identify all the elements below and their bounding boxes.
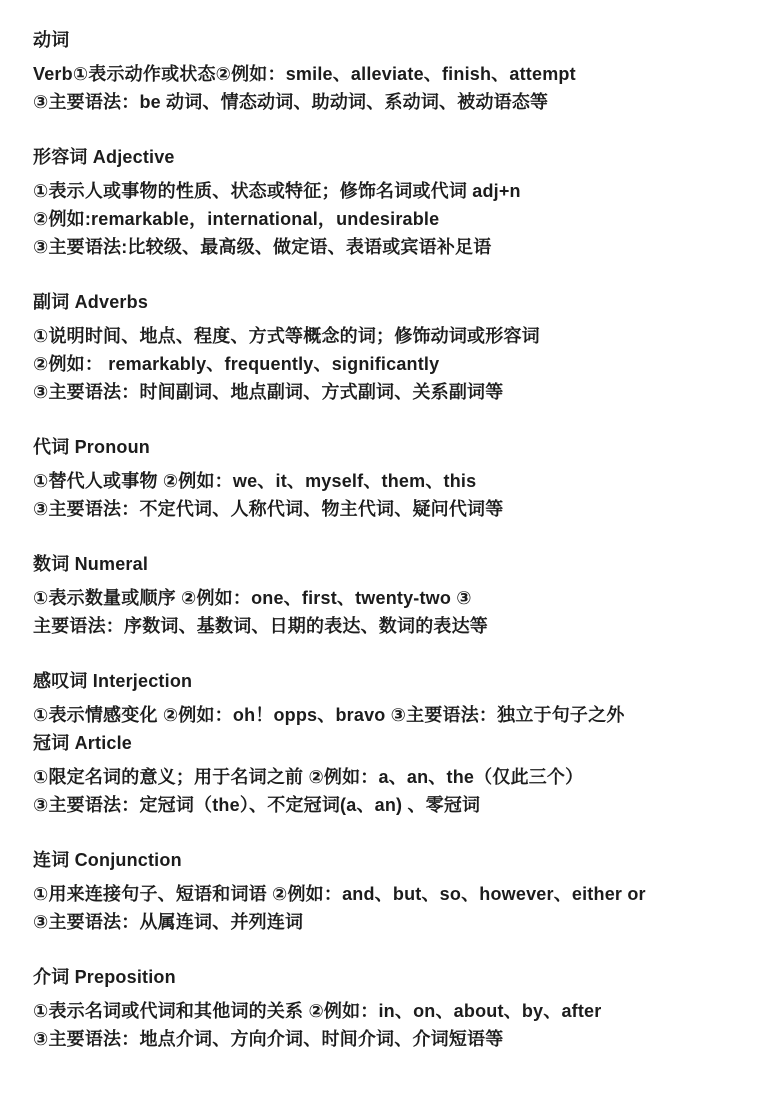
section-conjunction: 连词 Conjunction ①用来连接句子、短语和词语 ②例如：and、but… [33,846,750,936]
section-title: 连词 Conjunction [33,846,750,874]
section-line: ③主要语法：地点介词、方向介词、时间介词、介词短语等 [33,1025,750,1053]
section-line: ①用来连接句子、短语和词语 ②例如：and、but、so、however、eit… [33,880,750,908]
section-line: ③主要语法：不定代词、人称代词、物主代词、疑问代词等 [33,495,750,523]
section-line: ①表示数量或顺序 ②例如：one、first、twenty-two ③ [33,584,750,612]
section-line: ①表示名词或代词和其他词的关系 ②例如：in、on、about、by、after [33,997,750,1025]
section-line: 主要语法：序数词、基数词、日期的表达、数词的表达等 [33,612,750,640]
section-pronoun: 代词 Pronoun ①替代人或事物 ②例如：we、it、myself、them… [33,433,750,523]
section-line: ③主要语法：定冠词（the）、不定冠词(a、an) 、零冠词 [33,791,750,819]
section-title: 介词 Preposition [33,963,750,991]
section-line: ③主要语法：从属连词、并列连词 [33,908,750,936]
section-title: 数词 Numeral [33,550,750,578]
section-line: ①替代人或事物 ②例如：we、it、myself、them、this [33,467,750,495]
section-line: ①表示人或事物的性质、状态或特征；修饰名词或代词 adj+n [33,177,750,205]
section-line: ①说明时间、地点、程度、方式等概念的词；修饰动词或形容词 [33,322,750,350]
section-line: ②例如:remarkable，international，undesirable [33,205,750,233]
section-line: ①表示情感变化 ②例如：oh！opps、bravo ③主要语法：独立于句子之外 [33,701,750,729]
section-line: ③主要语法：时间副词、地点副词、方式副词、关系副词等 [33,378,750,406]
section-title: 代词 Pronoun [33,433,750,461]
section-adverbs: 副词 Adverbs ①说明时间、地点、程度、方式等概念的词；修饰动词或形容词 … [33,288,750,406]
section-article: 冠词 Article ①限定名词的意义；用于名词之前 ②例如：a、an、the（… [33,729,750,819]
document-page: 动词 Verb①表示动作或状态②例如：smile、alleviate、finis… [0,0,780,1102]
section-line: ②例如： remarkably、frequently、significantly [33,350,750,378]
section-verb: 动词 Verb①表示动作或状态②例如：smile、alleviate、finis… [33,26,750,116]
section-title: 副词 Adverbs [33,288,750,316]
section-numeral: 数词 Numeral ①表示数量或顺序 ②例如：one、first、twenty… [33,550,750,640]
section-title: 动词 [33,26,750,54]
section-preposition: 介词 Preposition ①表示名词或代词和其他词的关系 ②例如：in、on… [33,963,750,1053]
section-adjective: 形容词 Adjective ①表示人或事物的性质、状态或特征；修饰名词或代词 a… [33,143,750,261]
section-title: 感叹词 Interjection [33,667,750,695]
section-line: ③主要语法：be 动词、情态动词、助动词、系动词、被动语态等 [33,88,750,116]
section-title: 冠词 Article [33,729,750,757]
section-line: ①限定名词的意义；用于名词之前 ②例如：a、an、the（仅此三个） [33,763,750,791]
section-line: Verb①表示动作或状态②例如：smile、alleviate、finish、a… [33,60,750,88]
section-interjection: 感叹词 Interjection ①表示情感变化 ②例如：oh！opps、bra… [33,667,750,729]
section-title: 形容词 Adjective [33,143,750,171]
section-line: ③主要语法:比较级、最高级、做定语、表语或宾语补足语 [33,233,750,261]
